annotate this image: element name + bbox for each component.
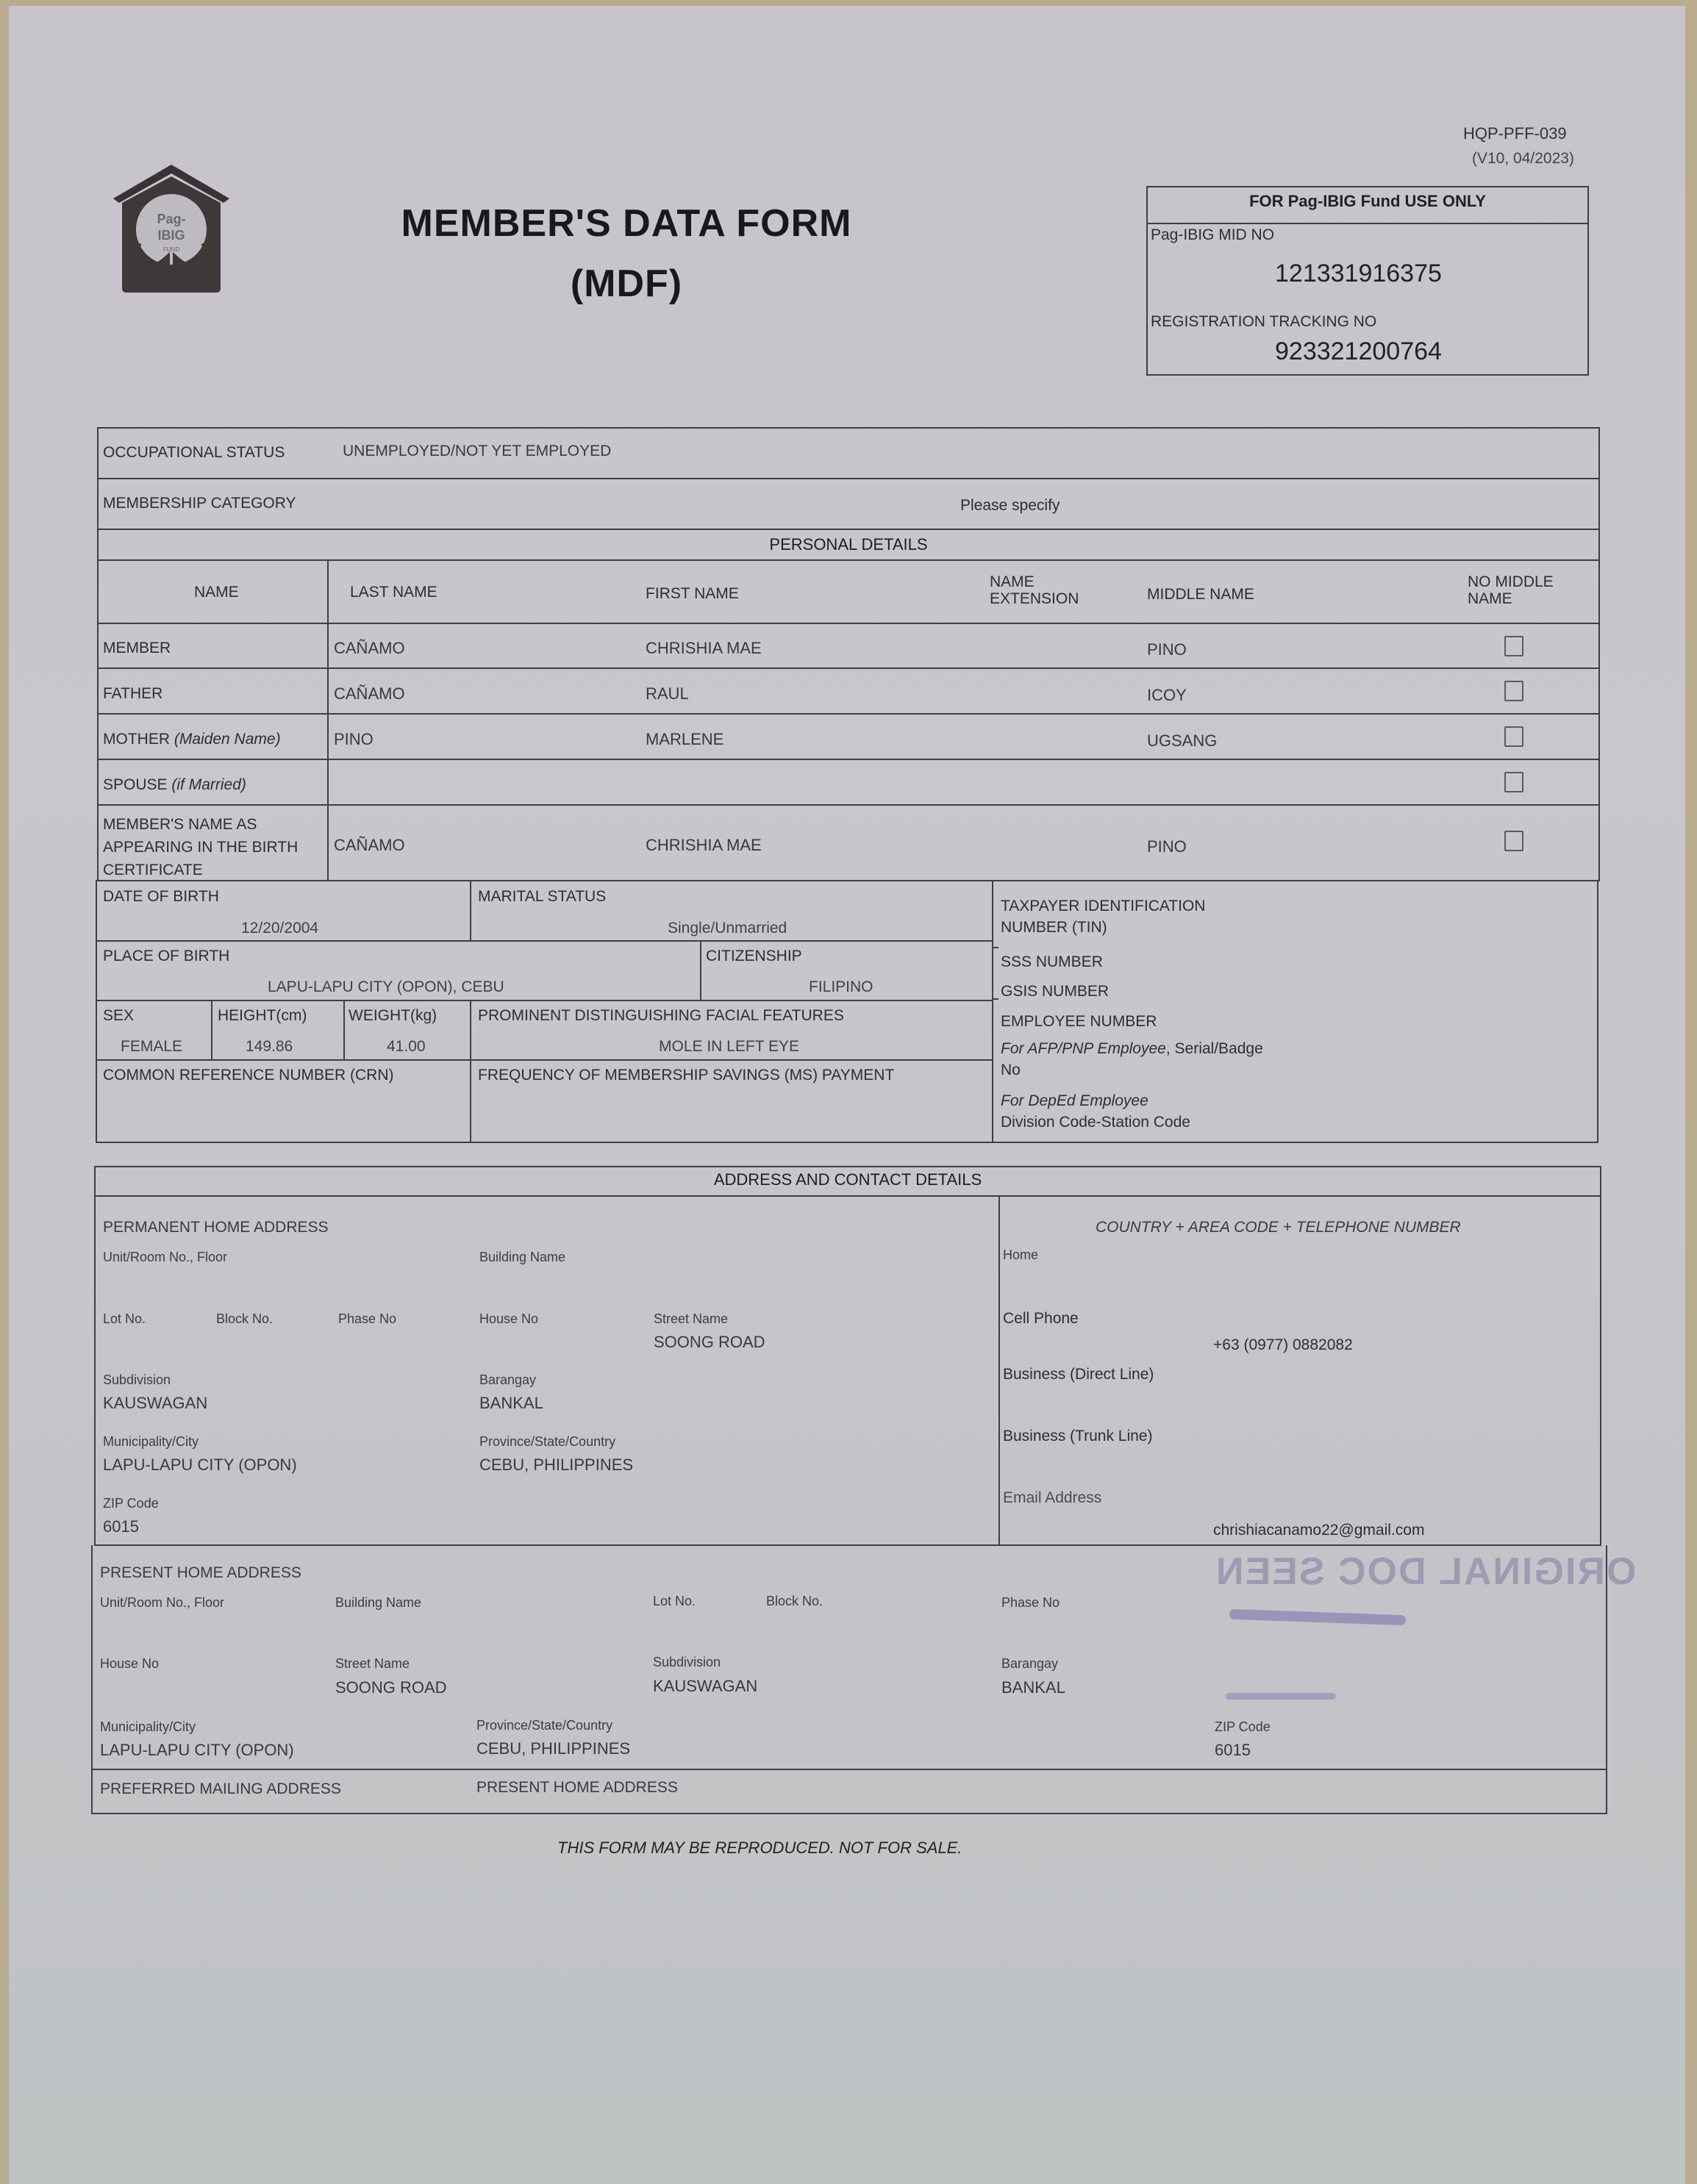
occupational-status-value[interactable]: UNEMPLOYED/NOT YET EMPLOYED [343,443,611,459]
pres-block-label: Block No. [766,1594,823,1609]
perm-street-value[interactable]: SOONG ROAD [654,1333,765,1351]
stamp-underline [1226,1693,1336,1700]
pres-barangay-value[interactable]: BANKAL [1001,1679,1065,1697]
footer-notice: THIS FORM MAY BE REPRODUCED. NOT FOR SAL… [557,1839,962,1857]
member-no-middle-checkbox[interactable] [1504,636,1523,656]
form-page: HQP-PFF-039 (V10, 04/2023) Pag- IBIG FUN… [9,6,1685,2184]
col-first-name: FIRST NAME [646,585,739,602]
mailing-address-value[interactable]: PRESENT HOME ADDRESS [476,1779,678,1796]
citizenship-value[interactable]: FILIPINO [809,978,873,995]
received-stamp: ORIGINAL DOC SEEN [1215,1550,1636,1594]
ms-frequency-label: FREQUENCY OF MEMBERSHIP SAVINGS (MS) PAY… [478,1067,894,1084]
mid-no-value: 121331916375 [1275,260,1442,287]
perm-subdivision-label: Subdivision [103,1373,171,1388]
perm-lot-label: Lot No. [103,1312,146,1327]
pres-lot-label: Lot No. [653,1594,696,1609]
form-subtitle: (MDF) [362,263,891,305]
perm-block-label: Block No. [216,1312,273,1327]
perm-barangay-label: Barangay [479,1373,536,1388]
mother-middle-name[interactable]: UGSANG [1147,732,1217,750]
pres-city-label: Municipality/City [100,1720,196,1735]
member-last-name[interactable]: CAÑAMO [334,640,405,657]
mailing-address-label: PREFERRED MAILING ADDRESS [100,1780,341,1797]
perm-phase-label: Phase No [338,1312,396,1327]
pres-phase-label: Phase No [1001,1596,1060,1611]
svg-text:FUND: FUND [163,246,179,253]
col-name-extension: NAMEEXTENSION [990,573,1079,607]
perm-province-value[interactable]: CEBU, PHILIPPINES [479,1456,633,1474]
pres-barangay-label: Barangay [1001,1657,1058,1672]
pres-house-label: House No [100,1657,159,1672]
father-first-name[interactable]: RAUL [646,685,689,703]
pres-zip-value[interactable]: 6015 [1215,1741,1251,1759]
col-no-middle-name: NO MIDDLENAME [1468,573,1554,607]
email-value[interactable]: chrishiacanamo22@gmail.com [1213,1522,1424,1539]
member-middle-name[interactable]: PINO [1147,641,1187,659]
personal-details-heading: PERSONAL DETAILS [97,536,1600,554]
employee-number-label: EMPLOYEE NUMBER [1001,1013,1157,1030]
personal-table [97,427,1600,881]
official-use-heading: FOR Pag-IBIG Fund USE ONLY [1146,193,1589,210]
row-birth-cert-label: MEMBER'S NAME ASAPPEARING IN THE BIRTHCE… [103,813,298,881]
pob-value[interactable]: LAPU-LAPU CITY (OPON), CEBU [268,978,504,995]
business-direct-label: Business (Direct Line) [1003,1366,1154,1383]
pres-city-value[interactable]: LAPU-LAPU CITY (OPON) [100,1741,294,1759]
perm-street-label: Street Name [654,1312,728,1327]
crn-label: COMMON REFERENCE NUMBER (CRN) [103,1067,394,1084]
cell-phone-value[interactable]: +63 (0977) 0882082 [1213,1336,1353,1353]
deped-label: For DepEd EmployeeDivision Code-Station … [1001,1090,1190,1133]
weight-value[interactable]: 41.00 [387,1038,426,1055]
form-title: MEMBER'S DATA FORM [362,203,891,245]
rtn-label: REGISTRATION TRACKING NO [1151,313,1376,330]
form-code: HQP-PFF-039 [1463,125,1567,143]
perm-subdivision-value[interactable]: KAUSWAGAN [103,1394,207,1412]
gsis-label: GSIS NUMBER [1001,983,1109,1000]
pres-province-value[interactable]: CEBU, PHILIPPINES [476,1740,630,1758]
pres-building-label: Building Name [335,1596,421,1611]
business-trunk-label: Business (Trunk Line) [1003,1428,1152,1444]
rtn-value: 923321200764 [1275,338,1442,365]
pres-subdivision-label: Subdivision [653,1655,721,1670]
height-value[interactable]: 149.86 [246,1038,293,1055]
row-spouse-label: SPOUSE (if Married) [103,776,246,793]
row-mother-label: MOTHER (Maiden Name) [103,731,281,748]
form-version: (V10, 04/2023) [1472,150,1574,167]
pres-street-value[interactable]: SOONG ROAD [335,1679,447,1697]
dob-value[interactable]: 12/20/2004 [241,920,318,937]
perm-unit-label: Unit/Room No., Floor [103,1250,227,1265]
row-member-label: MEMBER [103,640,171,656]
pres-street-label: Street Name [335,1657,410,1672]
pag-ibig-logo-icon: Pag- IBIG FUND [109,162,234,294]
sss-label: SSS NUMBER [1001,953,1103,970]
pres-subdivision-value[interactable]: KAUSWAGAN [653,1678,757,1695]
svg-text:Pag-: Pag- [157,212,185,226]
pob-label: PLACE OF BIRTH [103,948,229,964]
weight-label: WEIGHT(kg) [349,1007,437,1024]
birth-cert-first-name[interactable]: CHRISHIA MAE [646,837,762,854]
col-last-name: LAST NAME [350,584,437,601]
perm-zip-label: ZIP Code [103,1497,159,1511]
spouse-no-middle-checkbox[interactable] [1504,772,1523,792]
svg-text:IBIG: IBIG [157,228,185,243]
father-last-name[interactable]: CAÑAMO [334,685,405,703]
pres-province-label: Province/State/Country [476,1719,612,1733]
marital-status-value[interactable]: Single/Unmarried [668,920,787,937]
occupational-status-label: OCCUPATIONAL STATUS [103,444,285,461]
col-middle-name: MIDDLE NAME [1147,586,1254,603]
mid-no-label: Pag-IBIG MID NO [1151,226,1274,243]
cell-phone-label: Cell Phone [1003,1310,1079,1327]
row-father-label: FATHER [103,685,162,702]
membership-category-label: MEMBERSHIP CATEGORY [103,495,296,512]
tin-label: TAXPAYER IDENTIFICATIONNUMBER (TIN) [1001,895,1205,938]
present-address-title: PRESENT HOME ADDRESS [100,1564,301,1581]
sex-value[interactable]: FEMALE [121,1038,182,1055]
citizenship-label: CITIZENSHIP [706,948,802,964]
pres-unit-label: Unit/Room No., Floor [100,1596,224,1611]
birth-cert-last-name[interactable]: CAÑAMO [334,837,405,854]
father-no-middle-checkbox[interactable] [1504,681,1523,701]
facial-features-value[interactable]: MOLE IN LEFT EYE [659,1038,799,1055]
perm-building-label: Building Name [479,1250,565,1265]
pres-zip-label: ZIP Code [1215,1720,1271,1735]
birth-cert-middle-name[interactable]: PINO [1147,838,1187,856]
home-phone-label: Home [1003,1248,1038,1263]
perm-house-label: House No [479,1312,538,1327]
marital-status-label: MARITAL STATUS [478,888,606,905]
height-label: HEIGHT(cm) [218,1007,307,1024]
permanent-address-title: PERMANENT HOME ADDRESS [103,1219,329,1236]
perm-province-label: Province/State/Country [479,1435,615,1450]
dob-label: DATE OF BIRTH [103,888,219,905]
afp-pnp-label: For AFP/PNP Employee, Serial/BadgeNo [1001,1038,1263,1081]
col-name: NAME [194,584,239,601]
perm-barangay-value[interactable]: BANKAL [479,1394,543,1412]
perm-city-label: Municipality/City [103,1435,199,1450]
stamp-signature-stroke [1229,1609,1406,1625]
membership-specify-label: Please specify [960,497,1060,514]
birth-cert-no-middle-checkbox[interactable] [1504,831,1523,851]
facial-features-label: PROMINENT DISTINGUISHING FACIAL FEATURES [478,1007,844,1024]
perm-zip-value[interactable]: 6015 [103,1518,139,1536]
perm-city-value[interactable]: LAPU-LAPU CITY (OPON) [103,1456,297,1474]
sex-label: SEX [103,1007,134,1024]
mother-no-middle-checkbox[interactable] [1504,726,1523,747]
telephone-format-title: COUNTRY + AREA CODE + TELEPHONE NUMBER [1096,1219,1461,1236]
member-first-name[interactable]: CHRISHIA MAE [646,640,762,657]
father-middle-name[interactable]: ICOY [1147,687,1187,704]
mother-last-name[interactable]: PINO [334,731,374,748]
address-contact-heading: ADDRESS AND CONTACT DETAILS [94,1171,1601,1189]
mother-first-name[interactable]: MARLENE [646,731,724,748]
email-label: Email Address [1003,1489,1101,1506]
